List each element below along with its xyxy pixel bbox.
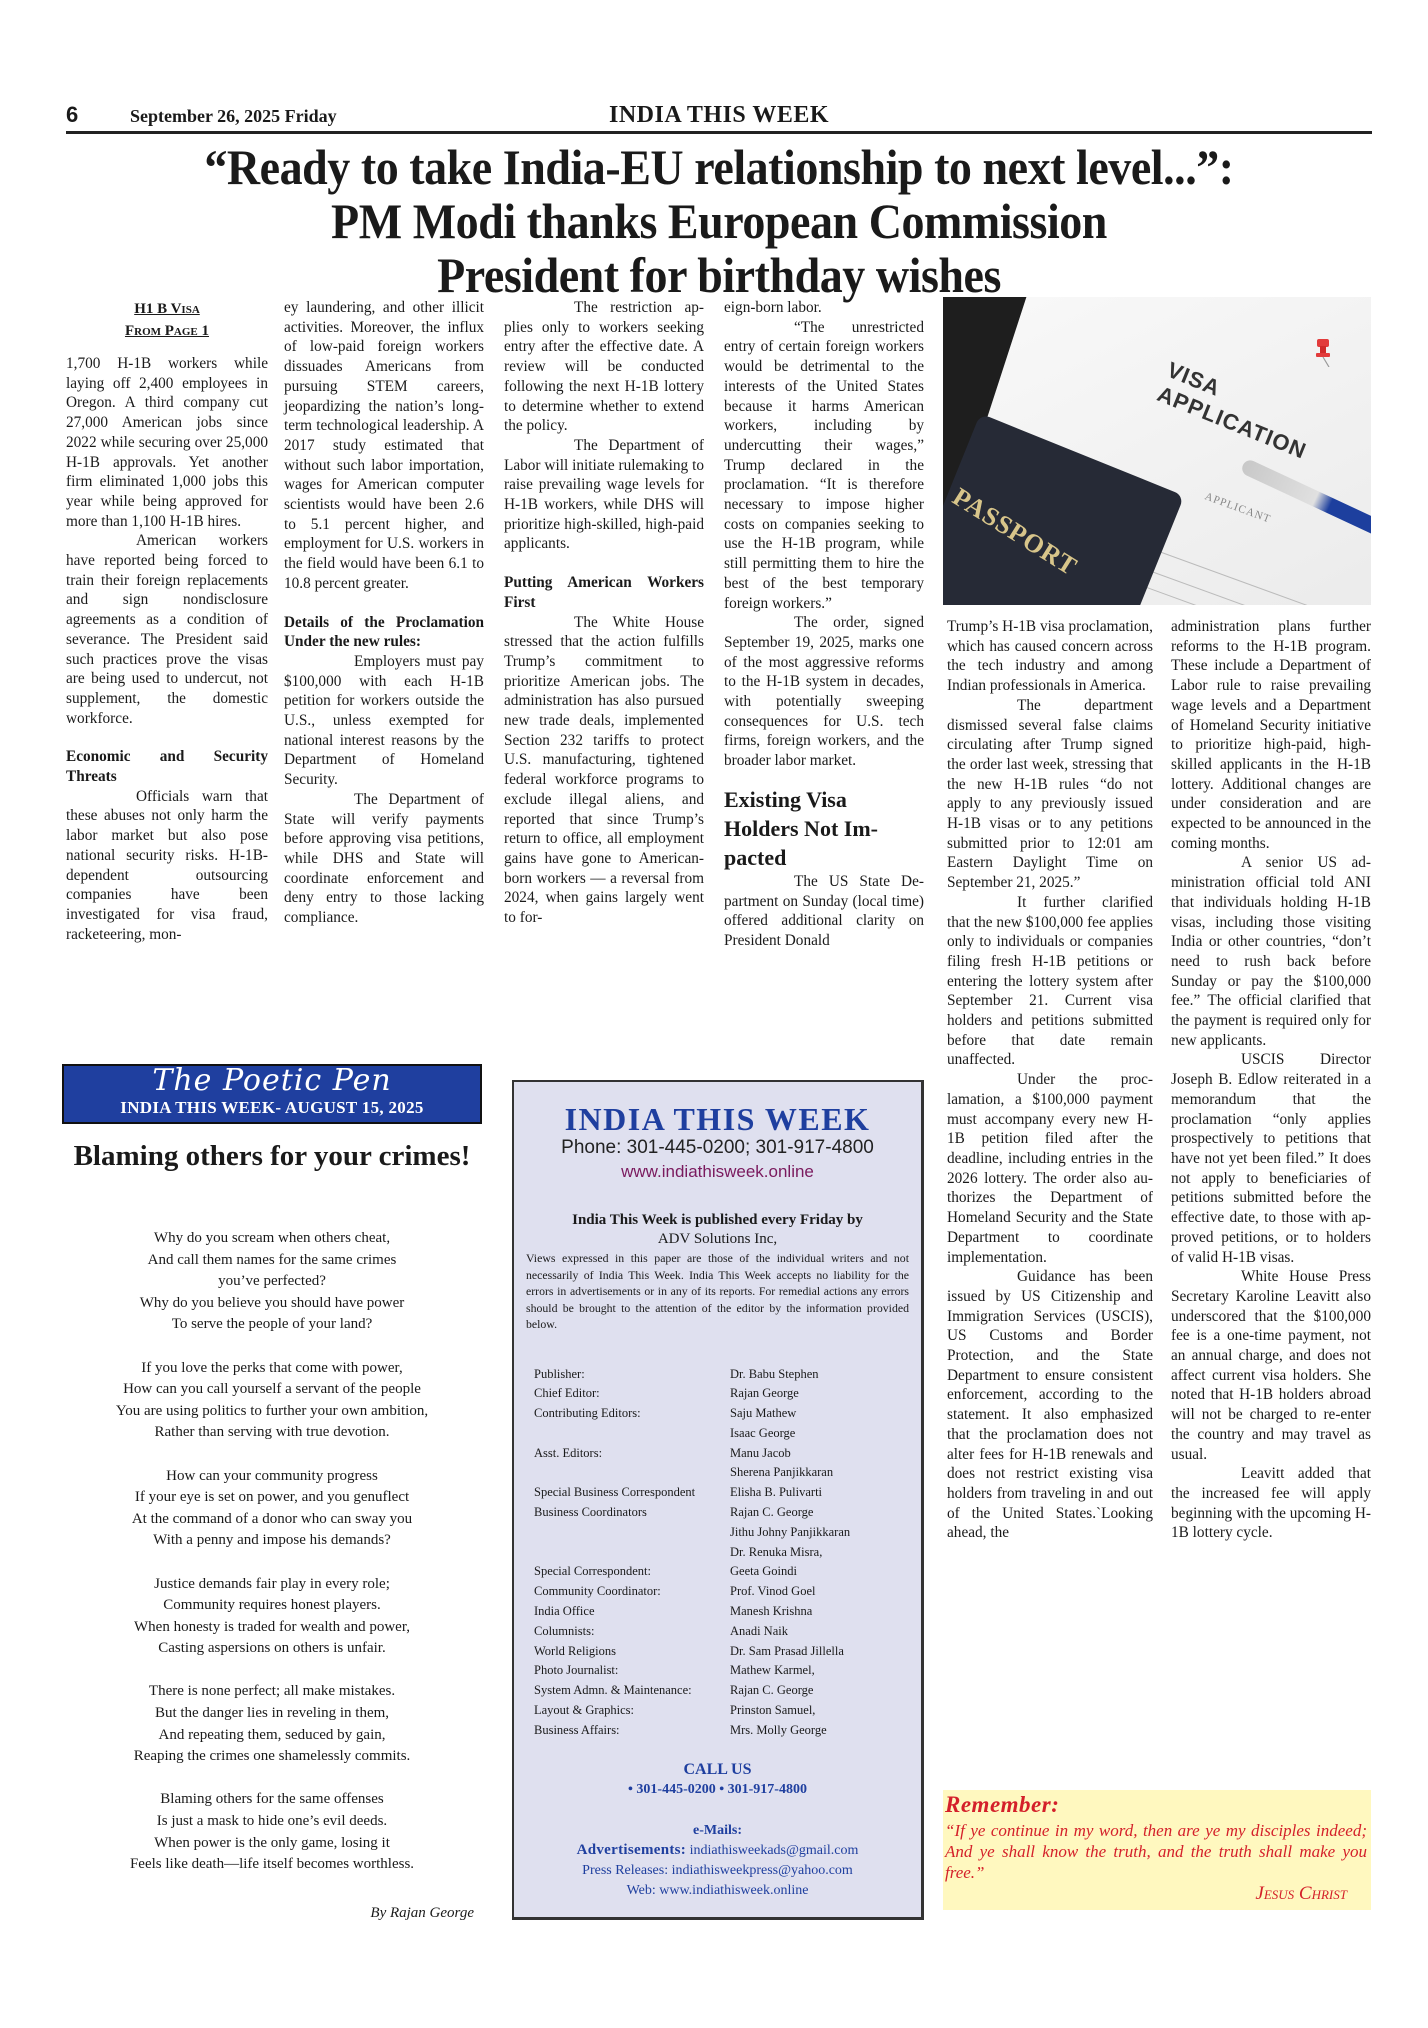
staff-role: World Religions (534, 1642, 730, 1662)
poetic-pen-banner: The Poetic Pen INDIA THIS WEEK- AUGUST 1… (62, 1064, 482, 1124)
staff-row: Special Business Correspondent Elisha B.… (534, 1483, 909, 1503)
subheading-existing-visa-holders: Existing Visa Holders Not Im­pacted (724, 785, 924, 872)
poem-line: Feels like death—life itself becomes wor… (62, 1854, 482, 1876)
staff-row: Special Correspondent:Geeta Goindi (534, 1562, 909, 1582)
staff-row: Layout & Graphics:Prinston Samuel, (534, 1701, 909, 1721)
emails-heading: e-Mails: (526, 1821, 909, 1840)
poem-stanza: There is none perfect; all make mistakes… (62, 1681, 482, 1767)
staff-role (534, 1523, 730, 1543)
ads-email-line: Advertisements: indiathisweekads@gmail.c… (526, 1840, 909, 1861)
staff-name: Manu Jacob (730, 1444, 909, 1464)
staff-row: Business CoordinatorsRajan C. George (534, 1503, 909, 1523)
article-column-1: H1 B Visa From Page 1 1,700 H-1B workers… (66, 298, 268, 944)
staff-role: Asst. Editors: (534, 1444, 730, 1464)
staff-role: Business Affairs: (534, 1721, 730, 1741)
paragraph: “The unrestrict­ed entry of certain fore… (724, 318, 924, 614)
poem-line: Blaming others for the same offenses (62, 1789, 482, 1811)
poem-byline: By Rajan George (62, 1905, 474, 1922)
poem-line: Reaping the crimes one shamelessly commi… (62, 1746, 482, 1768)
paragraph: Trump’s H-1B visa procla­mation, which h… (947, 617, 1153, 696)
headline-line-3: President for birthday wishes (118, 248, 1320, 302)
staff-name: Mathew Karmel, (730, 1661, 909, 1681)
poem-line: And repeating them, seduced by gain, (62, 1725, 482, 1747)
staff-row: Asst. Editors:Manu Jacob (534, 1444, 909, 1464)
info-brand: INDIA THIS WEEK (526, 1102, 909, 1136)
staff-row: Dr. Renuka Misra, (534, 1543, 909, 1563)
staff-name: Dr. Renuka Misra, (730, 1543, 909, 1563)
poem-line: Rather than serving with true devotion. (62, 1422, 482, 1444)
staff-row: Contributing Editors:Saju Mathew (534, 1404, 909, 1424)
subheading-economic-security: Economic and Security Threats (66, 747, 268, 786)
staff-row: Sherena Panjikkaran (534, 1463, 909, 1483)
quote-attribution: Jesus Christ (945, 1883, 1371, 1905)
staff-role (534, 1463, 730, 1483)
article-column-6: administration plans fur­ther reforms to… (1171, 617, 1371, 1543)
poem-line: If you love the perks that come with pow… (62, 1358, 482, 1380)
poem-stanza: If you love the perks that come with pow… (62, 1358, 482, 1444)
poem-line: Justice demands fair play in every role; (62, 1574, 482, 1596)
poem-line: How can you call yourself a servant of t… (62, 1379, 482, 1401)
poetic-pen-date: INDIA THIS WEEK- AUGUST 15, 2025 (64, 1098, 480, 1118)
info-website-link[interactable]: www.indiathisweek.online (526, 1160, 909, 1184)
paragraph: The Department of Labor will initiate ru… (504, 436, 704, 554)
poem-line: When honesty is traded for wealth and po… (62, 1617, 482, 1639)
poem-line: If your eye is set on power, and you gen… (62, 1487, 482, 1509)
staff-row: Community Coordinator:Prof. Vinod Goel (534, 1582, 909, 1602)
staff-name: Mrs. Molly George (730, 1721, 909, 1741)
staff-name: Prof. Vinod Goel (730, 1582, 909, 1602)
staff-name: Rajan C. George (730, 1681, 909, 1701)
staff-name: Anadi Naik (730, 1622, 909, 1642)
call-us-heading: CALL US (526, 1759, 909, 1780)
paragraph: USCIS Director Joseph B. Edlow reiterat­… (1171, 1050, 1371, 1267)
poem-body: Why do you scream when others cheat, And… (62, 1228, 482, 1897)
paragraph: Leavitt added that the increased fee wil… (1171, 1464, 1371, 1543)
scripture-quote: “If ye continue in my word, then are ye … (945, 1820, 1371, 1883)
poetic-pen-title: The Poetic Pen (64, 1064, 480, 1098)
publication-schedule: India This Week is published every Frida… (526, 1210, 909, 1230)
staff-row: World ReligionsDr. Sam Prasad Jillella (534, 1642, 909, 1662)
staff-row: Publisher:Dr. Babu Stephen (534, 1365, 909, 1385)
staff-role: Layout & Graphics: (534, 1701, 730, 1721)
poem-line: How can your community progress (62, 1466, 482, 1488)
subheading-american-workers-first: Putting American Work­ers First (504, 573, 704, 612)
subheading-proclamation-details: Details of the Proclama­tion Under the n… (284, 613, 484, 652)
paragraph: Under the proc­lamation, a $100,000 pay­… (947, 1070, 1153, 1267)
staff-role: Business Coordinators (534, 1503, 730, 1523)
article-column-2: ey laundering, and other illicit activit… (284, 298, 484, 928)
poem-line: Why do you believe you should have power (62, 1293, 482, 1315)
poem-line: With a penny and impose his demands? (62, 1530, 482, 1552)
staff-row: Isaac George (534, 1424, 909, 1444)
poem-line: To serve the people of your land? (62, 1314, 482, 1336)
disclaimer: Views expressed in this paper are those … (526, 1250, 909, 1333)
poem-line: you’ve perfected? (62, 1271, 482, 1293)
poem-line: Community requires honest players. (62, 1595, 482, 1617)
article-column-4: eign-born labor. “The unrestrict­ed entr… (724, 298, 924, 951)
article-column-3: The restriction ap­plies only to workers… (504, 298, 704, 928)
staff-role: Photo Journalist: (534, 1661, 730, 1681)
page-header: 6 September 26, 2025 Friday INDIA THIS W… (66, 100, 1372, 134)
remember-quote-box: Remember: “If ye continue in my word, th… (943, 1790, 1371, 1910)
staff-role (534, 1424, 730, 1444)
poem-stanza: Blaming others for the same offenses Is … (62, 1789, 482, 1875)
poem-line: And call them names for the same crimes (62, 1250, 482, 1272)
continuation-kicker[interactable]: H1 B Visa From Page 1 (66, 298, 268, 342)
poem-line: You are using politics to further your o… (62, 1401, 482, 1423)
staff-role (534, 1543, 730, 1563)
staff-row: India OfficeManesh Krishna (534, 1602, 909, 1622)
staff-role: Columnists: (534, 1622, 730, 1642)
staff-row: Chief Editor:Rajan George (534, 1384, 909, 1404)
ads-email-label: Advertisements: (577, 1842, 686, 1858)
publisher-company: ADV Solutions Inc, (526, 1230, 909, 1248)
paragraph: A senior US ad­ministration official tol… (1171, 853, 1371, 1050)
press-email-link[interactable]: Press Releases: indiathisweekpress@yahoo… (526, 1861, 909, 1881)
paragraph: 1,700 H-1B workers while laying off 2,40… (66, 354, 268, 531)
poem-stanza: Justice demands fair play in every role;… (62, 1574, 482, 1660)
staff-role: System Admn. & Maintenance: (534, 1681, 730, 1701)
headline-line-2: PM Modi thanks European Commission (118, 194, 1320, 248)
paragraph: The Department of State will verify pay­… (284, 790, 484, 928)
staff-name: Isaac George (730, 1424, 909, 1444)
headline-line-1: “Ready to take India-EU relationship to … (118, 140, 1320, 194)
poem-line: But the danger lies in reveling in them, (62, 1703, 482, 1725)
paragraph: White House Press Secretary Karoline Lea… (1171, 1267, 1371, 1464)
poem-title: Blaming others for your crimes! (62, 1136, 482, 1176)
staff-role: Special Correspondent: (534, 1562, 730, 1582)
staff-role: Community Coordinator: (534, 1582, 730, 1602)
publication-info-box: INDIA THIS WEEK Phone: 301-445-0200; 301… (512, 1080, 924, 1920)
main-headline: “Ready to take India-EU relationship to … (118, 140, 1320, 302)
poem-line: At the command of a donor who can sway y… (62, 1509, 482, 1531)
staff-row: Jithu Johny Panjikkaran (534, 1523, 909, 1543)
staff-name: Saju Mathew (730, 1404, 909, 1424)
staff-list: Publisher:Dr. Babu Stephen Chief Editor:… (526, 1365, 909, 1741)
staff-name: Rajan C. George (730, 1503, 909, 1523)
paragraph: The restriction ap­plies only to workers… (504, 298, 704, 436)
staff-role: India Office (534, 1602, 730, 1622)
poem-stanza: Why do you scream when others cheat, And… (62, 1228, 482, 1336)
paper-name: INDIA THIS WEEK (66, 102, 1372, 129)
staff-role: Contributing Editors: (534, 1404, 730, 1424)
poem-line: When power is the only game, losing it (62, 1833, 482, 1855)
poem-stanza: How can your community progress If your … (62, 1466, 482, 1552)
call-us-numbers[interactable]: • 301-445-0200 • 301-917-4800 (526, 1780, 909, 1799)
staff-name: Dr. Sam Prasad Jillella (730, 1642, 909, 1662)
staff-name: Sherena Panjikkaran (730, 1463, 909, 1483)
paragraph: The US State De­partment on Sunday (loca… (724, 872, 924, 951)
staff-name: Manesh Krishna (730, 1602, 909, 1622)
poem-line: Casting aspersions on others is unfair. (62, 1638, 482, 1660)
paragraph: It further clarified that the new $100,0… (947, 893, 1153, 1070)
staff-name: Dr. Babu Stephen (730, 1365, 909, 1385)
paragraph: The order, signed September 19, 2025, ma… (724, 613, 924, 771)
staff-row: Photo Journalist:Mathew Karmel, (534, 1661, 909, 1681)
paragraph: American work­ers have reported being fo… (66, 531, 268, 728)
web-link[interactable]: Web: www.indiathisweek.online (526, 1881, 909, 1901)
kicker-from-page[interactable]: From Page 1 (66, 320, 268, 342)
paragraph: Employers must pay $100,000 with each H-… (284, 652, 484, 790)
staff-row: Columnists:Anadi Naik (534, 1622, 909, 1642)
staff-name: Geeta Goindi (730, 1562, 909, 1582)
staff-role: Publisher: (534, 1365, 730, 1385)
poem-line: Why do you scream when others cheat, (62, 1228, 482, 1250)
staff-row: Business Affairs:Mrs. Molly George (534, 1721, 909, 1741)
info-phone[interactable]: Phone: 301-445-0200; 301-917-4800 (526, 1136, 909, 1160)
remember-heading: Remember: (945, 1794, 1371, 1816)
staff-name: Rajan George (730, 1384, 909, 1404)
poem-line: Is just a mask to hide one’s evil deeds. (62, 1811, 482, 1833)
pushpin-icon (1313, 337, 1335, 367)
staff-role: Special Business Correspondent (534, 1483, 730, 1503)
paragraph: The department dismissed several false c… (947, 696, 1153, 893)
paragraph: Officials warn that these abuses not onl… (66, 787, 268, 945)
kicker-title: H1 B Visa (66, 298, 268, 320)
poem-line: There is none perfect; all make mistakes… (62, 1681, 482, 1703)
staff-row: System Admn. & Maintenance:Rajan C. Geor… (534, 1681, 909, 1701)
paragraph: ey laundering, and other illicit activit… (284, 298, 484, 594)
visa-application-photo: VISA APPLICATION APPLICANT PASSPORT (943, 297, 1371, 605)
article-column-5: Trump’s H-1B visa procla­mation, which h… (947, 617, 1153, 1543)
paragraph: administration plans fur­ther reforms to… (1171, 617, 1371, 853)
paragraph: eign-born labor. (724, 298, 924, 318)
staff-role: Chief Editor: (534, 1384, 730, 1404)
staff-name: Jithu Johny Panjikkaran (730, 1523, 909, 1543)
ads-email-link[interactable]: indiathisweekads@gmail.com (686, 1843, 858, 1858)
paragraph: Guidance has been issued by US Citizensh… (947, 1267, 1153, 1543)
staff-name: Prinston Samuel, (730, 1701, 909, 1721)
staff-name: Elisha B. Pulivarti (730, 1483, 909, 1503)
paragraph: The White House stressed that the action… (504, 613, 704, 928)
